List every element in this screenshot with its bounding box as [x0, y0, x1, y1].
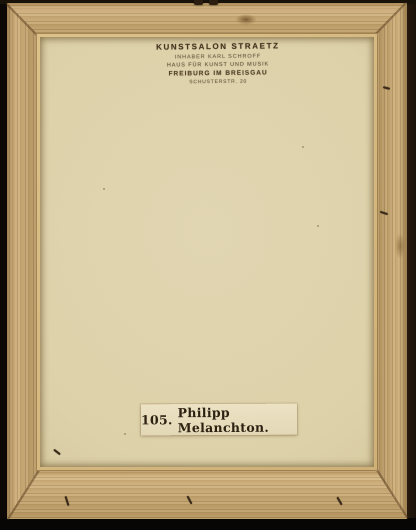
stamp-line-5: SCHUSTERSTR. 20	[156, 78, 280, 85]
backing-board: KUNSTSALON STRAETZ INHABER KARL SCHROFF …	[40, 37, 374, 467]
stamp-line-3: HAUS FÜR KUNST UND MUSIK	[156, 61, 280, 68]
stamp-line-1: KUNSTSALON STRAETZ	[156, 41, 280, 51]
title-label: 105. Philipp Melanchton.	[141, 404, 297, 436]
paper-speck	[302, 146, 304, 148]
paper-speck	[124, 433, 126, 435]
paper-speck	[103, 188, 105, 190]
wooden-frame: KUNSTSALON STRAETZ INHABER KARL SCHROFF …	[7, 3, 407, 519]
label-name: Philipp Melanchton.	[178, 404, 297, 435]
wood-knot	[235, 14, 257, 25]
photo-background-edge-bottom	[0, 518, 416, 530]
frame-bar-right	[374, 3, 407, 519]
frame-bar-top	[7, 3, 407, 37]
dealer-stamp: KUNSTSALON STRAETZ INHABER KARL SCHROFF …	[156, 41, 280, 85]
stamp-line-4: FREIBURG IM BREISGAU	[156, 69, 280, 77]
stamp-line-2: INHABER KARL SCHROFF	[156, 53, 280, 60]
wood-knot-right	[395, 233, 405, 259]
label-number: 105.	[141, 412, 173, 427]
hanger-tack-right	[209, 0, 218, 5]
frame-bar-bottom	[7, 467, 407, 519]
paper-speck	[317, 225, 319, 227]
hanger-tack-left	[194, 0, 203, 5]
framed-picture-back-photo: KUNSTSALON STRAETZ INHABER KARL SCHROFF …	[0, 0, 416, 530]
